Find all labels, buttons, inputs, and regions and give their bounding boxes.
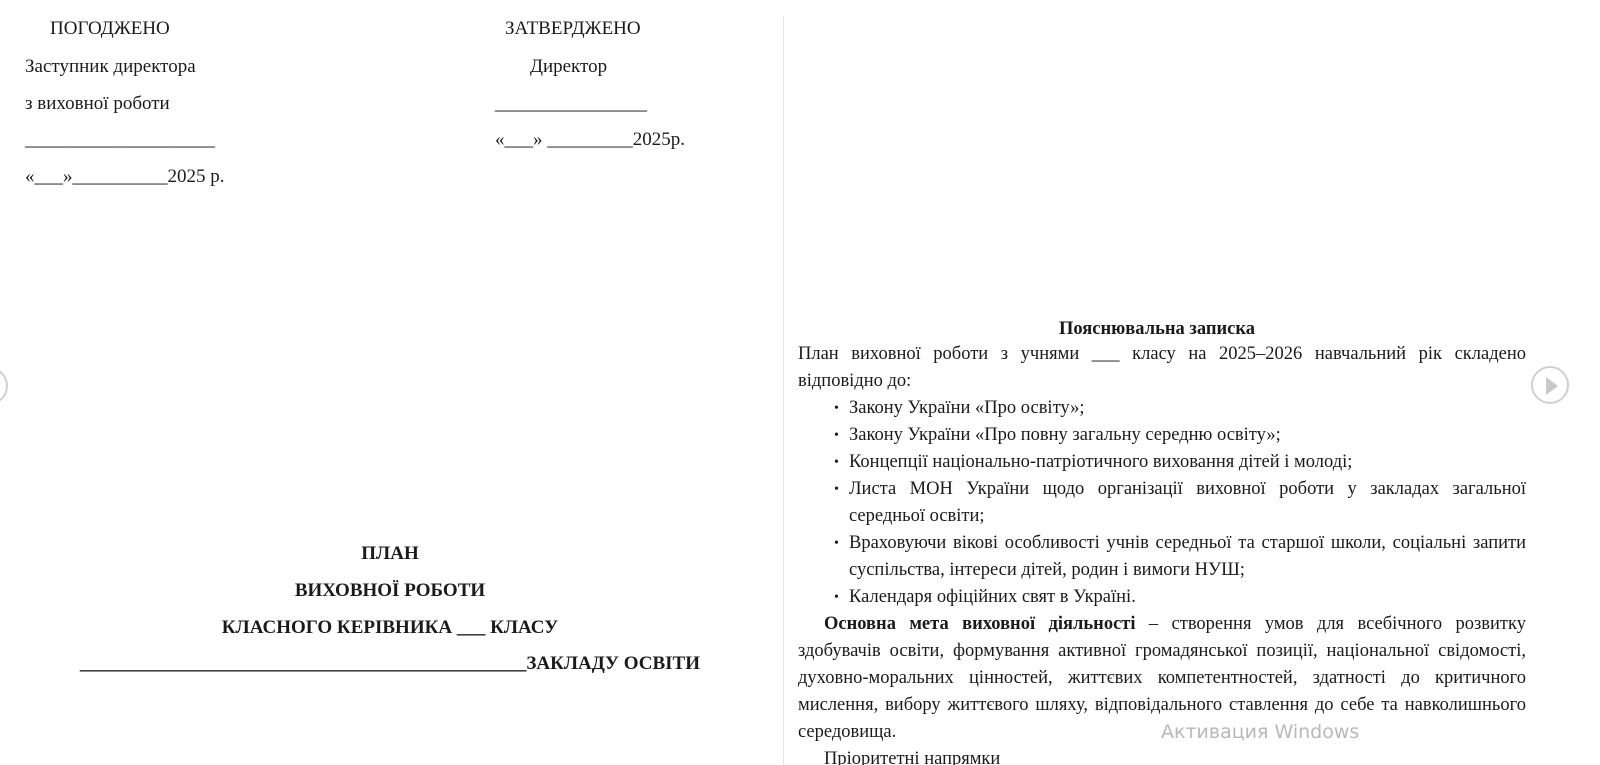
- director-position: Директор: [530, 56, 607, 78]
- list-item: •Закону України «Про освіту»;: [798, 395, 1526, 422]
- plan-title-line4: ________________________________________…: [60, 653, 700, 675]
- plan-title-line1: ПЛАН: [60, 543, 720, 565]
- next-paragraph-partial: Пріоритетні напрямки: [798, 746, 1526, 765]
- bullet-icon: •: [834, 530, 849, 557]
- deputy-date-line: «___»__________2025 р.: [25, 166, 225, 188]
- agreed-heading: ПОГОДЖЕНО: [50, 18, 170, 40]
- bullet-icon: •: [834, 422, 849, 449]
- bullet-icon: •: [834, 449, 849, 476]
- director-signature-line: ________________: [495, 93, 647, 115]
- next-page-button[interactable]: [1531, 366, 1569, 404]
- plan-title-line2: ВИХОВНОЇ РОБОТИ: [60, 580, 720, 602]
- deputy-position-line2: з виховної роботи: [25, 93, 170, 115]
- bullet-icon: •: [834, 584, 849, 611]
- document-page-left: ПОГОДЖЕНО Заступник директора з виховної…: [0, 0, 783, 765]
- approved-heading: ЗАТВЕРДЖЕНО: [505, 18, 641, 40]
- list-item: •Календаря офіційних свят в Україні.: [798, 584, 1526, 611]
- deputy-signature-line: ____________________: [25, 129, 215, 151]
- windows-activation-watermark: Активация Windows: [1161, 721, 1359, 743]
- deputy-position-line1: Заступник директора: [25, 56, 196, 78]
- bullet-icon: •: [834, 476, 849, 503]
- list-item: •Враховуючи вікові особливості учнів сер…: [798, 530, 1526, 584]
- list-item: •Концепції національно-патріотичного вих…: [798, 449, 1526, 476]
- explanatory-note-body: План виховної роботи з учнями ___ класу …: [798, 341, 1526, 765]
- plan-title-line3: КЛАСНОГО КЕРІВНИКА ___ КЛАСУ: [60, 617, 720, 639]
- document-page-right: Пояснювальна записка План виховної робот…: [784, 0, 1600, 765]
- list-item: •Листа МОН України щодо організації вихо…: [798, 476, 1526, 530]
- list-item: •Закону України «Про повну загальну сере…: [798, 422, 1526, 449]
- goal-label: Основна мета виховної діяльності: [824, 614, 1136, 634]
- bullet-icon: •: [834, 395, 849, 422]
- explanatory-note-heading: Пояснювальна записка: [784, 318, 1530, 340]
- basis-list: •Закону України «Про освіту»; •Закону Ук…: [798, 395, 1526, 611]
- intro-paragraph: План виховної роботи з учнями ___ класу …: [798, 341, 1526, 395]
- play-right-icon: [1546, 377, 1558, 395]
- director-date-line: «___» _________2025р.: [495, 129, 685, 151]
